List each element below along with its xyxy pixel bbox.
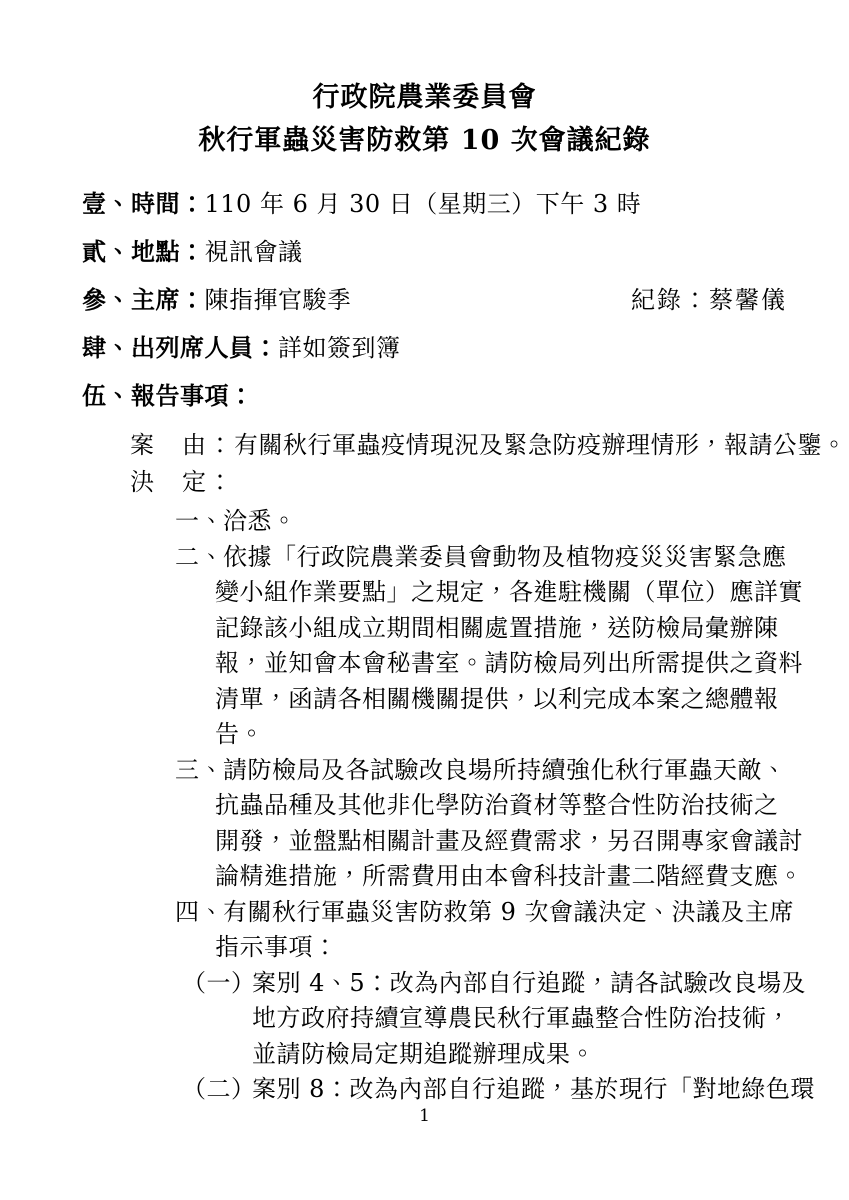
section-time-value: 110 年 6 月 30 日（星期三）下午 3 時	[205, 190, 642, 218]
list-item: 二、 依據「行政院農業委員會動物及植物疫災災害緊急應 變小組作業要點」之規定，各…	[0, 540, 849, 753]
decision-label: 決 定：	[130, 468, 234, 496]
decision-line: 決 定：	[130, 467, 809, 497]
sub-list-item: （一） 案別 4、5：改為內部自行追蹤，請各試驗改良場及 地方政府持續宣導農民秋…	[0, 966, 849, 1073]
section-attendees: 肆、出列席人員：詳如簽到簿	[82, 333, 809, 363]
section-report-items: 伍、報告事項：	[82, 381, 809, 411]
sub-list-text: 案別 8：改為內部自行追蹤，基於現行「對地綠色環	[252, 1072, 849, 1108]
document-title-meeting: 秋行軍蟲災害防救第 10 次會議紀錄	[0, 123, 849, 159]
decision-list: 一、 洽悉。 二、 依據「行政院農業委員會動物及植物疫災災害緊急應 變小組作業要…	[0, 504, 849, 1108]
list-marker: 三、	[175, 753, 224, 789]
sub-list-marker: （一）	[182, 966, 256, 1002]
list-item: 四、 有關秋行軍蟲災害防救第 9 次會議決定、決議及主席 指示事項：	[0, 895, 849, 966]
list-item: 一、 洽悉。	[0, 504, 849, 540]
section-report-items-label: 伍、報告事項：	[82, 381, 254, 410]
case-subject-label: 案 由：	[130, 431, 234, 459]
section-chairman: 參、主席：陳指揮官駿季 紀錄：蔡馨儀	[82, 285, 809, 315]
list-text: 依據「行政院農業委員會動物及植物疫災災害緊急應 變小組作業要點」之規定，各進駐機…	[215, 540, 849, 753]
page-number: 1	[0, 1106, 849, 1126]
section-chairman-value: 陳指揮官駿季	[205, 286, 352, 314]
sub-list-item: （二） 案別 8：改為內部自行追蹤，基於現行「對地綠色環	[0, 1072, 849, 1108]
section-location-value: 視訊會議	[205, 238, 303, 266]
list-marker: 二、	[175, 540, 224, 576]
section-location: 貳、地點：視訊會議	[82, 237, 809, 267]
list-text: 有關秋行軍蟲災害防救第 9 次會議決定、決議及主席 指示事項：	[215, 895, 849, 966]
list-text: 請防檢局及各試驗改良場所持續強化秋行軍蟲天敵、 抗蟲品種及其他非化學防治資材等整…	[215, 753, 849, 895]
section-time-label: 壹、時間：	[82, 189, 205, 218]
list-marker: 四、	[175, 895, 224, 931]
section-time: 壹、時間：110 年 6 月 30 日（星期三）下午 3 時	[82, 189, 809, 219]
document-page: 行政院農業委員會 秋行軍蟲災害防救第 10 次會議紀錄 壹、時間：110 年 6…	[0, 0, 849, 1200]
section-attendees-label: 肆、出列席人員：	[82, 333, 278, 362]
list-item: 三、 請防檢局及各試驗改良場所持續強化秋行軍蟲天敵、 抗蟲品種及其他非化學防治資…	[0, 753, 849, 895]
section-location-label: 貳、地點：	[82, 237, 205, 266]
recorder-note: 紀錄：蔡馨儀	[631, 285, 787, 315]
sub-list-text: 案別 4、5：改為內部自行追蹤，請各試驗改良場及 地方政府持續宣導農民秋行軍蟲整…	[252, 966, 849, 1073]
document-title-org: 行政院農業委員會	[0, 80, 849, 116]
section-attendees-value: 詳如簽到簿	[278, 334, 401, 362]
case-subject-line: 案 由：有關秋行軍蟲疫情現況及緊急防疫辦理情形，報請公鑒。	[130, 430, 809, 460]
case-subject-text: 有關秋行軍蟲疫情現況及緊急防疫辦理情形，報請公鑒。	[234, 431, 847, 459]
list-marker: 一、	[175, 504, 224, 540]
list-text: 洽悉。	[215, 504, 849, 540]
section-chairman-label: 參、主席：	[82, 285, 205, 314]
sub-list-marker: （二）	[182, 1072, 256, 1108]
